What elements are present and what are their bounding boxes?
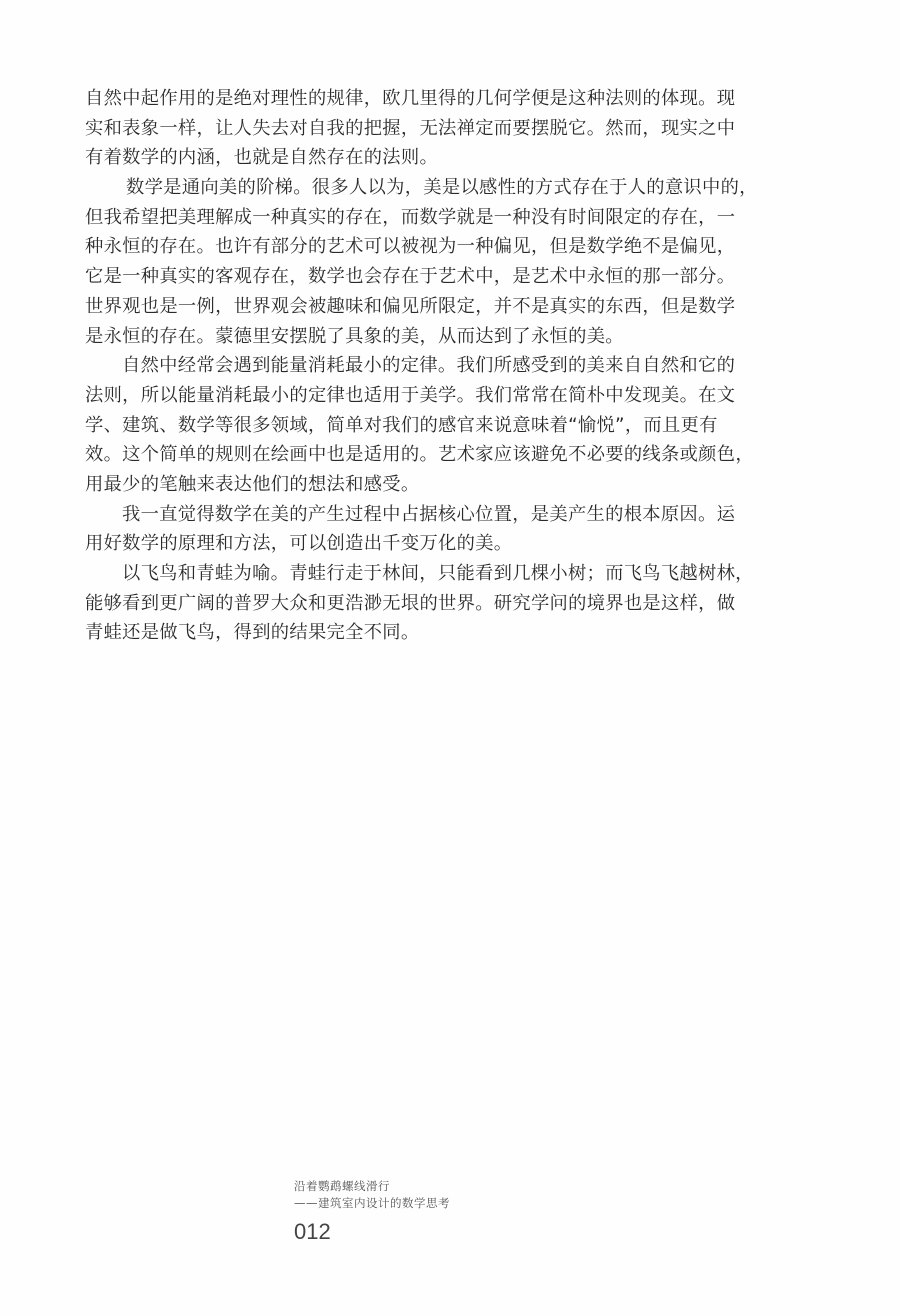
- paragraph-1: 自然中起作用的是绝对理性的规律，欧几里得的几何学便是这种法则的体现。现 实和表象…: [85, 84, 721, 173]
- text-line: 数学是通向美的阶梯。很多人以为，美是以感性的方式存在于人的意识中的，: [85, 173, 721, 203]
- text-line: 效。这个简单的规则在绘画中也是适用的。艺术家应该避免不必要的线条或颜色，: [85, 440, 721, 470]
- text-line: 能够看到更广阔的普罗大众和更浩渺无垠的世界。研究学问的境界也是这样，做: [85, 589, 721, 619]
- body-text: 自然中起作用的是绝对理性的规律，欧几里得的几何学便是这种法则的体现。现 实和表象…: [85, 84, 721, 648]
- text-line: 青蛙还是做飞鸟，得到的结果完全不同。: [85, 618, 721, 648]
- text-line: 法则，所以能量消耗最小的定律也适用于美学。我们常常在简朴中发现美。在文: [85, 381, 721, 411]
- text-line: 世界观也是一例，世界观会被趣味和偏见所限定，并不是真实的东西，但是数学: [85, 292, 721, 322]
- book-title: 沿着鹦鹉螺线滑行: [294, 1178, 450, 1195]
- text-line: 它是一种真实的客观存在，数学也会存在于艺术中，是艺术中永恒的那一部分。: [85, 262, 721, 292]
- text-line: 自然中经常会遇到能量消耗最小的定律。我们所感受到的美来自自然和它的: [85, 351, 721, 381]
- page-footer: 沿着鹦鹉螺线滑行 ——建筑室内设计的数学思考 012: [294, 1178, 450, 1245]
- text-line: 有着数学的内涵，也就是自然存在的法则。: [85, 143, 721, 173]
- book-subtitle: ——建筑室内设计的数学思考: [294, 1195, 450, 1212]
- text-line: 以飞鸟和青蛙为喻。青蛙行走于林间，只能看到几棵小树；而飞鸟飞越树林，: [85, 559, 721, 589]
- text-line: 但我希望把美理解成一种真实的存在，而数学就是一种没有时间限定的存在，一: [85, 203, 721, 233]
- text-line: 是永恒的存在。蒙德里安摆脱了具象的美，从而达到了永恒的美。: [85, 322, 721, 352]
- paragraph-4: 我一直觉得数学在美的产生过程中占据核心位置，是美产生的根本原因。运 用好数学的原…: [85, 500, 721, 559]
- paragraph-3: 自然中经常会遇到能量消耗最小的定律。我们所感受到的美来自自然和它的 法则，所以能…: [85, 351, 721, 499]
- text-line: 学、建筑、数学等很多领域，简单对我们的感官来说意味着“愉悦”，而且更有: [85, 411, 721, 441]
- text-line: 用好数学的原理和方法，可以创造出千变万化的美。: [85, 529, 721, 559]
- page-number: 012: [294, 1219, 450, 1245]
- paragraph-5: 以飞鸟和青蛙为喻。青蛙行走于林间，只能看到几棵小树；而飞鸟飞越树林， 能够看到更…: [85, 559, 721, 648]
- paragraph-2: 数学是通向美的阶梯。很多人以为，美是以感性的方式存在于人的意识中的， 但我希望把…: [85, 173, 721, 351]
- text-line: 我一直觉得数学在美的产生过程中占据核心位置，是美产生的根本原因。运: [85, 500, 721, 530]
- book-page: 自然中起作用的是绝对理性的规律，欧几里得的几何学便是这种法则的体现。现 实和表象…: [0, 0, 900, 1316]
- text-line: 用最少的笔触来表达他们的想法和感受。: [85, 470, 721, 500]
- text-line: 实和表象一样，让人失去对自我的把握，无法禅定而要摆脱它。然而，现实之中: [85, 114, 721, 144]
- text-line: 自然中起作用的是绝对理性的规律，欧几里得的几何学便是这种法则的体现。现: [85, 84, 721, 114]
- text-line: 种永恒的存在。也许有部分的艺术可以被视为一种偏见，但是数学绝不是偏见，: [85, 232, 721, 262]
